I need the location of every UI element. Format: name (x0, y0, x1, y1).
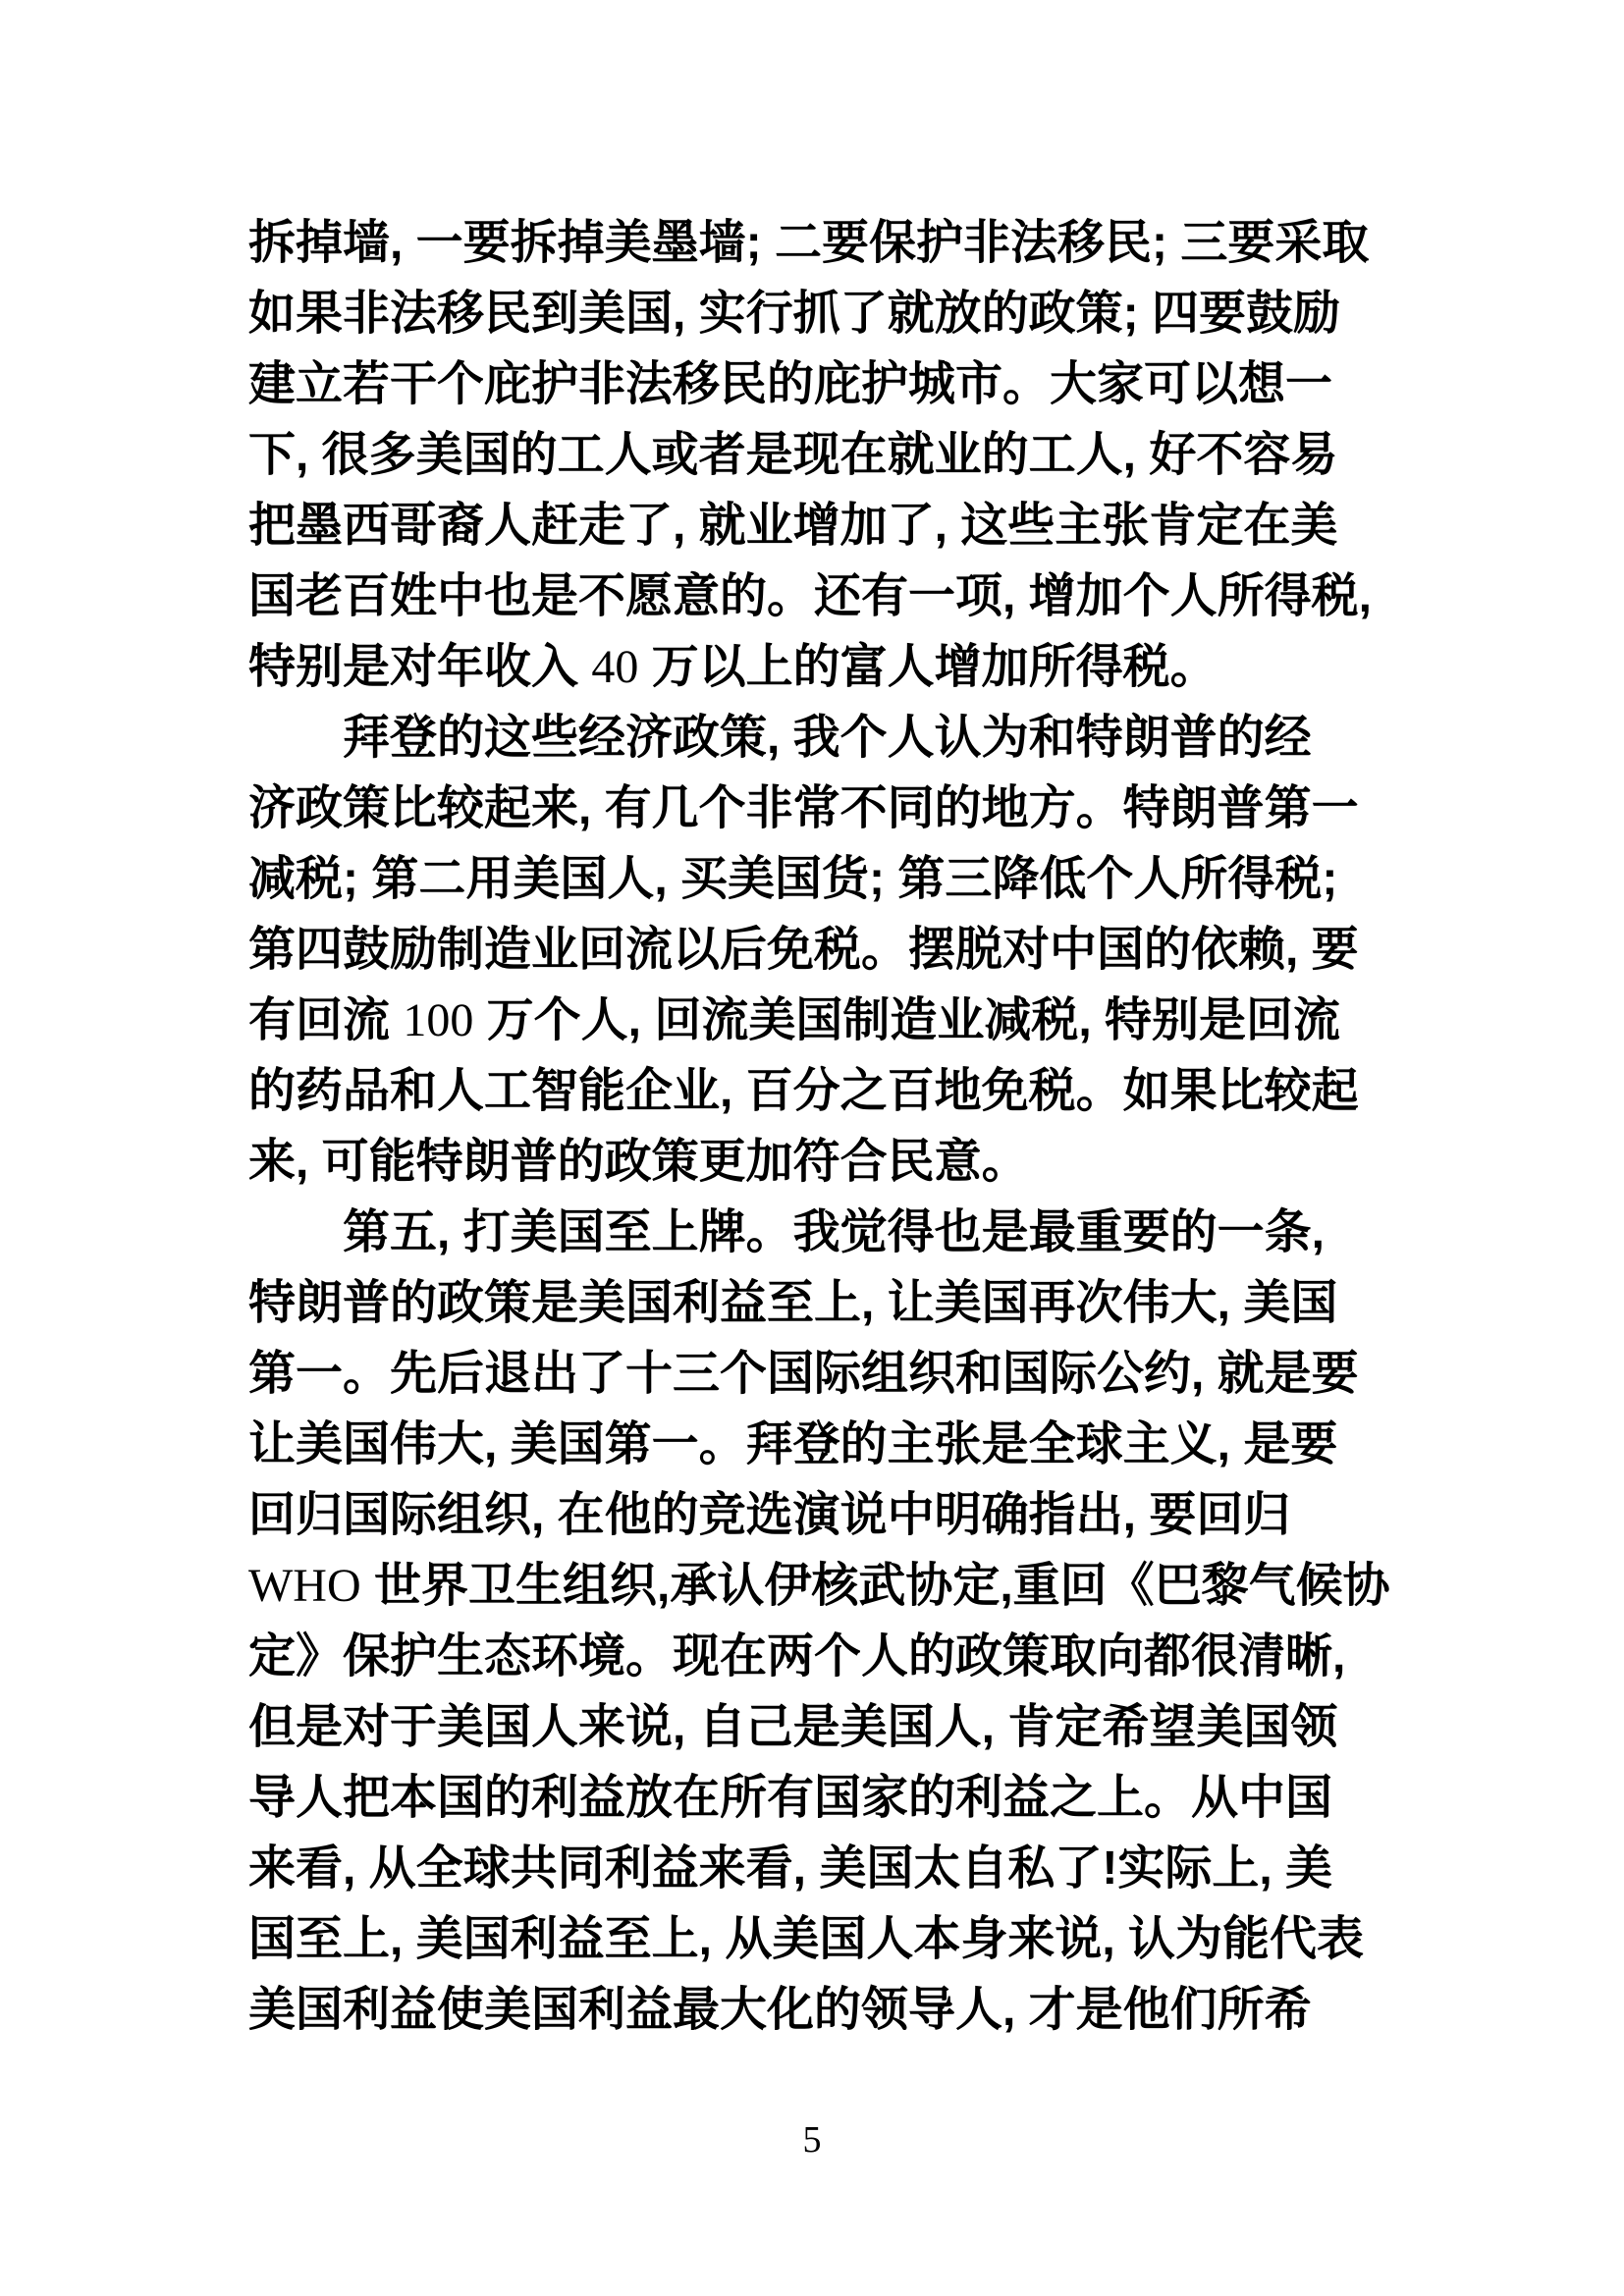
text-line: 让美国伟大, 美国第一。拜登的主张是全球主义, 是要 (248, 1410, 1407, 1480)
latin-text: 40 (591, 641, 638, 693)
text-line: 济政策比较起来, 有几个非常不同的地方。特朗普第一 (248, 774, 1407, 844)
latin-text: 100 (403, 994, 473, 1046)
text-line: 拜登的这些经济政策, 我个人认为和特朗普的经 (248, 703, 1407, 774)
text-line: 减税; 第二用美国人, 买美国货; 第三降低个人所得税; (248, 844, 1407, 915)
text-line: 但是对于美国人来说, 自己是美国人, 肯定希望美国领 (248, 1692, 1407, 1763)
text-line: 美国利益使美国利益最大化的领导人, 才是他们所希 (248, 1975, 1407, 2046)
text-line: 来看, 从全球共同利益来看, 美国太自私了!实际上, 美 (248, 1834, 1407, 1904)
text-line: 特朗普的政策是美国利益至上, 让美国再次伟大, 美国 (248, 1268, 1407, 1339)
text-line: 的药品和人工智能企业, 百分之百地免税。如果比较起 (248, 1056, 1407, 1127)
text-line: WHO 世界卫生组织,承认伊核武协定,重回《巴黎气候协 (248, 1551, 1407, 1622)
text-line: 定》保护生态环境。现在两个人的政策取向都很清晰, (248, 1622, 1407, 1692)
text-line: 第五, 打美国至上牌。我觉得也是最重要的一条, (248, 1198, 1407, 1268)
text-line: 特别是对年收入 40 万以上的富人增加所得税。 (248, 632, 1407, 703)
latin-text: WHO (248, 1560, 361, 1612)
text-line: 回归国际组织, 在他的竞选演说中明确指出, 要回归 (248, 1480, 1407, 1551)
text-line: 导人把本国的利益放在所有国家的利益之上。从中国 (248, 1763, 1407, 1834)
text-line: 国至上, 美国利益至上, 从美国人本身来说, 认为能代表 (248, 1904, 1407, 1975)
text-line: 下, 很多美国的工人或者是现在就业的工人, 好不容易 (248, 420, 1407, 491)
text-line: 第一。先后退出了十三个国际组织和国际公约, 就是要 (248, 1339, 1407, 1410)
document-page: 拆掉墙, 一要拆掉美墨墙; 二要保护非法移民; 三要采取如果非法移民到美国, 实… (0, 0, 1624, 2296)
text-line: 来, 可能特朗普的政策更加符合民意。 (248, 1127, 1407, 1198)
text-line: 有回流 100 万个人, 回流美国制造业减税, 特别是回流 (248, 986, 1407, 1056)
page-number: 5 (0, 2120, 1624, 2160)
text-line: 如果非法移民到美国, 实行抓了就放的政策; 四要鼓励 (248, 279, 1407, 349)
text-block: 拆掉墙, 一要拆掉美墨墙; 二要保护非法移民; 三要采取如果非法移民到美国, 实… (248, 208, 1407, 2046)
text-line: 建立若干个庇护非法移民的庇护城市。大家可以想一 (248, 349, 1407, 420)
text-line: 第四鼓励制造业回流以后免税。摆脱对中国的依赖, 要 (248, 915, 1407, 986)
text-line: 把墨西哥裔人赶走了, 就业增加了, 这些主张肯定在美 (248, 491, 1407, 561)
text-line: 国老百姓中也是不愿意的。还有一项, 增加个人所得税, (248, 561, 1407, 632)
text-line: 拆掉墙, 一要拆掉美墨墙; 二要保护非法移民; 三要采取 (248, 208, 1407, 279)
